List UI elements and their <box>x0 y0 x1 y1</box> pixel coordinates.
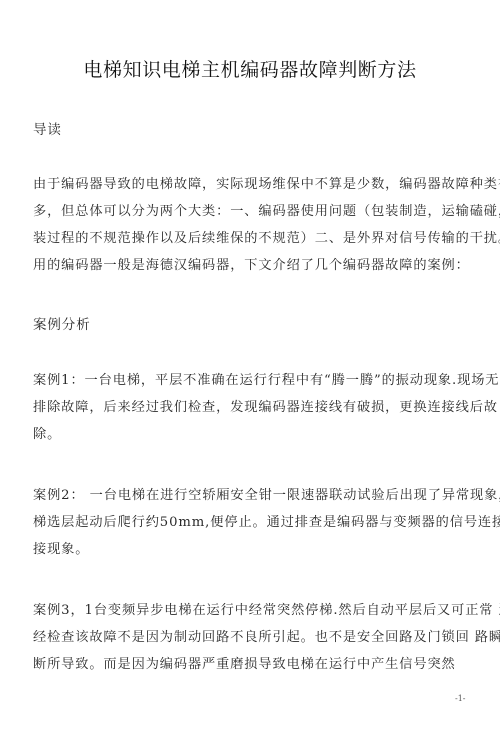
page-number: -1- <box>455 694 466 703</box>
paragraph-line: 案例1：一台电梯，平层不准确在运行行程中有“腾一腾”的振动现象.现场无 法 <box>33 372 473 390</box>
paragraph-line: 案例2： 一台电梯在进行空轿厢安全钳一限速器联动试验后出现了异常现象，电 <box>33 487 473 505</box>
paragraph-line: 梯选层起动后爬行约50mm,便停止。通过排查是编码器与变频器的信号连接 先有虚 <box>33 514 473 532</box>
section-heading-analysis: 案例分析 <box>33 316 473 334</box>
paragraph-line: 多，但总体可以分为两个大类：一、编码器使用问题（包装制造，运输磕碰， 安 <box>33 203 473 221</box>
paragraph-line: 排除故障，后来经过我们检查，发现编码器连接线有破损，更换连接线后故 障消 <box>33 399 473 417</box>
paragraph-line: 由于编码器导致的电梯故障，实际现场维保中不算是少数，编码器故障种类有 很 <box>33 176 473 194</box>
paragraph-line: 除。 <box>33 426 473 444</box>
paragraph-line: 装过程的不规范操作以及后续维保的不规范）二、是外界对信号传输的干扰。 常 <box>33 230 473 248</box>
paragraph-line: 断所导致。而是因为编码器严重磨损导致电梯在运行中产生信号突然 <box>33 656 473 674</box>
document-title: 电梯知识电梯主机编码器故障判断方法 <box>0 55 500 82</box>
paragraph-line: 用的编码器一般是海德汉编码器，下文介绍了几个编码器故障的案例： <box>33 257 473 275</box>
paragraph-line: 案例3，1台变频异步电梯在运行中经常突然停梯.然后自动平层后又可正常 运行. <box>33 602 473 620</box>
section-heading-intro: 导读 <box>33 121 473 139</box>
paragraph-line: 经检查该故障不是因为制动回路不良所引起。也不是安全回路及门锁回 路瞬间通 <box>33 629 473 647</box>
paragraph-line: 接现象。 <box>33 541 473 559</box>
